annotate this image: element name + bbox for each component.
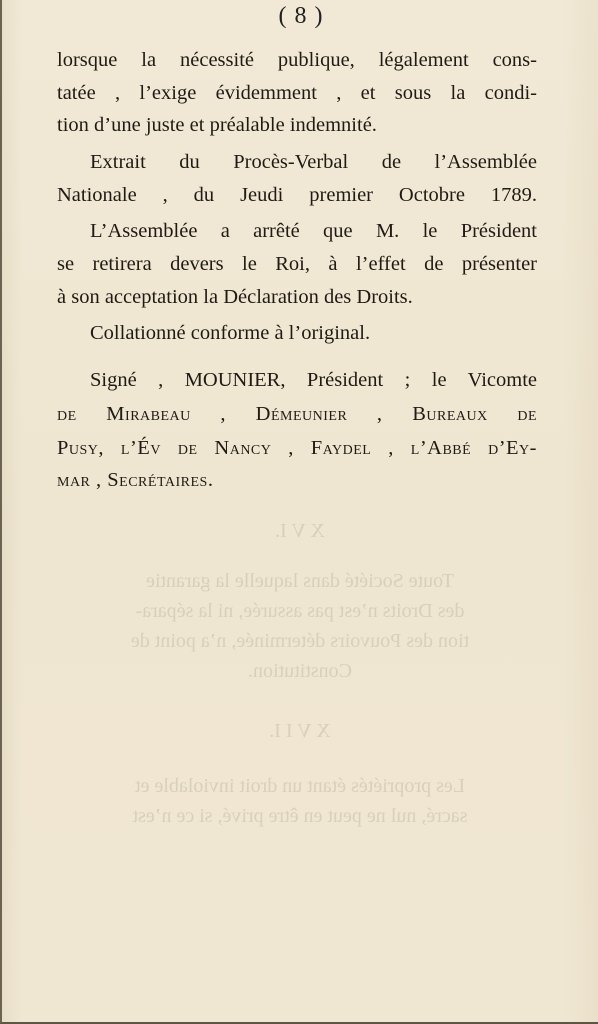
signature-line: Signé , MOUNIER, Président ; le Vicomte — [90, 366, 537, 394]
document-page: X V I. Toute Société dans laquelle la ga… — [0, 0, 598, 1024]
text-line: lorsque la nécessité publique, légalemen… — [57, 46, 537, 74]
resolution-line: à son acceptation la Déclaration des Dro… — [57, 283, 537, 311]
bleed-through-line: tion des Pouvoirs déterminée, n’a point … — [60, 625, 540, 657]
signature-line: de Mirabeau , Démeunier , Bureaux de — [57, 400, 537, 428]
signature-line: mar , Secrétaires. — [57, 466, 537, 494]
resolution-line: se retirera devers le Roi, à l’effet de … — [57, 250, 537, 278]
bleed-through-line: Constitution. — [60, 655, 540, 687]
bleed-through-line: sacré, nul ne peut en être privé, si ce … — [60, 800, 540, 832]
signature-line: Pusy, l’Év de Nancy , Faydel , l’Abbé d’… — [57, 434, 537, 462]
extract-heading-line: Extrait du Procès-Verbal de l’Assemblée — [90, 148, 537, 176]
bleed-through-line: Toute Société dans laquelle la garantie — [60, 565, 540, 597]
text-line: tion d’une juste et préalable indemnité. — [57, 111, 537, 139]
bleed-through-heading: X V I I. — [60, 715, 540, 747]
bleed-through-heading: X V I. — [60, 515, 540, 547]
text-line: tatée , l’exige évidemment , et sous la … — [57, 79, 537, 107]
bleed-through-line: des Droits n’est pas assurée, ni la sépa… — [60, 595, 540, 627]
page-number: ( 8 ) — [2, 3, 598, 30]
bleed-through-line: Les propriétés étant un droit inviolable… — [60, 770, 540, 802]
certification-line: Collationné conforme à l’original. — [90, 319, 537, 347]
extract-heading-line: Nationale , du Jeudi premier Octobre 178… — [57, 181, 537, 209]
resolution-line: L’Assemblée a arrêté que M. le Président — [90, 217, 537, 245]
